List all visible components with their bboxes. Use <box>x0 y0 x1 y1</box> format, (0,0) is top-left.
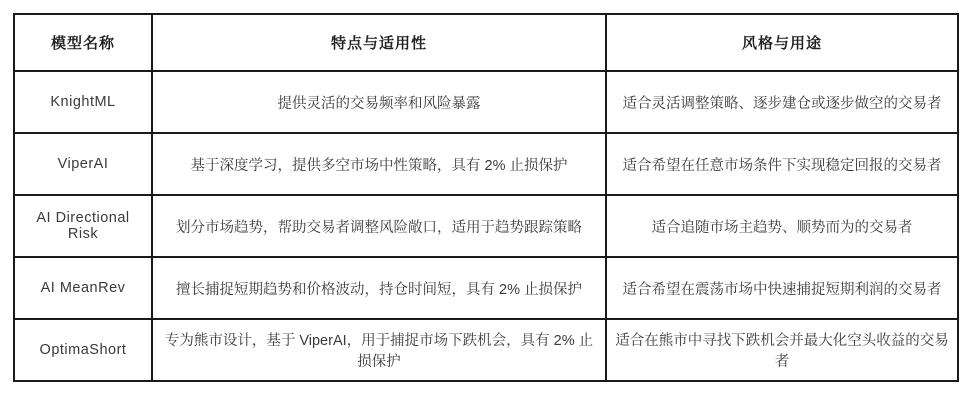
header-model-name: 模型名称 <box>14 14 152 71</box>
model-name-cell: AI Directional Risk <box>14 195 152 257</box>
features-cell: 基于深度学习，提供多空市场中性策略，具有 2% 止损保护 <box>152 133 606 195</box>
style-cell: 适合希望在任意市场条件下实现稳定回报的交易者 <box>606 133 958 195</box>
features-cell: 专为熊市设计，基于 ViperAI，用于捕捉市场下跌机会，具有 2% 止损保护 <box>152 319 606 381</box>
model-comparison-table: 模型名称 特点与适用性 风格与用途 KnightML 提供灵活的交易频率和风险暴… <box>13 13 959 382</box>
model-name-cell: AI MeanRev <box>14 257 152 319</box>
table-row: AI MeanRev 擅长捕捉短期趋势和价格波动，持仓时间短，具有 2% 止损保… <box>14 257 958 319</box>
table-row: AI Directional Risk 划分市场趋势，帮助交易者调整风险敞口，适… <box>14 195 958 257</box>
header-style-usage: 风格与用途 <box>606 14 958 71</box>
table-header-row: 模型名称 特点与适用性 风格与用途 <box>14 14 958 71</box>
header-features: 特点与适用性 <box>152 14 606 71</box>
table-row: OptimaShort 专为熊市设计，基于 ViperAI，用于捕捉市场下跌机会… <box>14 319 958 381</box>
table-row: ViperAI 基于深度学习，提供多空市场中性策略，具有 2% 止损保护 适合希… <box>14 133 958 195</box>
table-row: KnightML 提供灵活的交易频率和风险暴露 适合灵活调整策略、逐步建仓或逐步… <box>14 71 958 133</box>
model-name-cell: OptimaShort <box>14 319 152 381</box>
features-cell: 划分市场趋势，帮助交易者调整风险敞口，适用于趋势跟踪策略 <box>152 195 606 257</box>
features-cell: 擅长捕捉短期趋势和价格波动，持仓时间短，具有 2% 止损保护 <box>152 257 606 319</box>
model-name-cell: KnightML <box>14 71 152 133</box>
model-name-cell: ViperAI <box>14 133 152 195</box>
style-cell: 适合追随市场主趋势、顺势而为的交易者 <box>606 195 958 257</box>
features-cell: 提供灵活的交易频率和风险暴露 <box>152 71 606 133</box>
style-cell: 适合灵活调整策略、逐步建仓或逐步做空的交易者 <box>606 71 958 133</box>
style-cell: 适合希望在震荡市场中快速捕捉短期利润的交易者 <box>606 257 958 319</box>
page-background: 模型名称 特点与适用性 风格与用途 KnightML 提供灵活的交易频率和风险暴… <box>0 0 972 409</box>
style-cell: 适合在熊市中寻找下跌机会并最大化空头收益的交易者 <box>606 319 958 381</box>
